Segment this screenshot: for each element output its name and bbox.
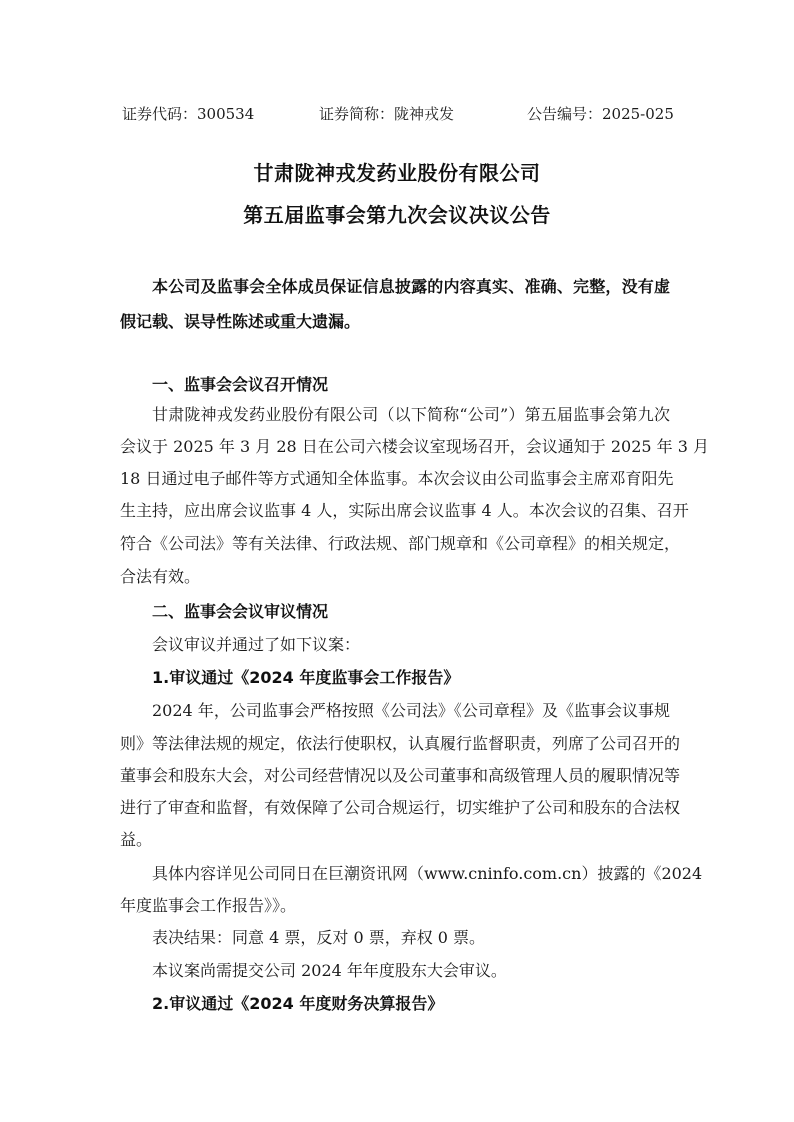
paragraph-line: 2024 年，公司监事会严格按照《公司法》《公司章程》及《监事会议事规 <box>152 699 670 723</box>
stock-code: 证券代码：300534 <box>122 103 254 125</box>
announcement-header: 证券代码：300534 证券简称：陇神戎发 公告编号：2025-025 <box>122 103 672 125</box>
statement-line: 假记载、误导性陈述或重大遗漏。 <box>120 310 670 334</box>
item-heading-1: 1.审议通过《2024 年度监事会工作报告》 <box>152 666 670 690</box>
paragraph-line: 会议于 2025 年 3 月 28 日在公司六楼会议室现场召开，会议通知于 20… <box>120 435 670 459</box>
vote-result: 表决结果：同意 4 票，反对 0 票，弃权 0 票。 <box>152 926 670 950</box>
section-heading-2: 二、监事会会议审议情况 <box>152 600 670 624</box>
announcement-title: 第五届监事会第九次会议决议公告 <box>0 202 794 228</box>
paragraph-line: 则》等法律法规的规定，依法行使职权，认真履行监督职责，列席了公司召开的 <box>120 732 670 756</box>
item-heading-2: 2.审议通过《2024 年度财务决算报告》 <box>152 992 670 1016</box>
announcement-number: 公告编号：2025-025 <box>527 103 674 125</box>
section-intro: 会议审议并通过了如下议案： <box>152 633 670 657</box>
paragraph-line: 董事会和股东大会，对公司经营情况以及公司董事和高级管理人员的履职情况等 <box>120 764 670 788</box>
paragraph-line: 甘肃陇神戎发药业股份有限公司（以下简称“公司”）第五届监事会第九次 <box>152 403 670 427</box>
paragraph-line: 18 日通过电子邮件等方式通知全体监事。本次会议由公司监事会主席邓育阳先 <box>120 467 670 491</box>
section-heading-1: 一、监事会会议召开情况 <box>152 373 670 397</box>
paragraph-line: 益。 <box>120 828 670 852</box>
statement-line: 本公司及监事会全体成员保证信息披露的内容真实、准确、完整，没有虚 <box>152 275 670 299</box>
submission-note: 本议案尚需提交公司 2024 年年度股东大会审议。 <box>152 959 670 983</box>
paragraph-line: 符合《公司法》等有关法律、行政法规、部门规章和《公司章程》的相关规定， <box>120 532 670 556</box>
paragraph-line: 合法有效。 <box>120 565 670 589</box>
company-name-title: 甘肃陇神戎发药业股份有限公司 <box>0 160 794 186</box>
detail-line: 具体内容详见公司同日在巨潮资讯网（www.cninfo.com.cn）披露的《2… <box>152 862 670 886</box>
detail-line: 年度监事会工作报告》》。 <box>120 894 670 918</box>
paragraph-line: 进行了审查和监督，有效保障了公司合规运行，切实维护了公司和股东的合法权 <box>120 796 670 820</box>
document-page: 证券代码：300534 证券简称：陇神戎发 公告编号：2025-025 甘肃陇神… <box>0 0 794 1122</box>
paragraph-line: 生主持，应出席会议监事 4 人，实际出席会议监事 4 人。本次会议的召集、召开 <box>120 499 670 523</box>
stock-abbreviation: 证券简称：陇神戎发 <box>319 103 454 125</box>
